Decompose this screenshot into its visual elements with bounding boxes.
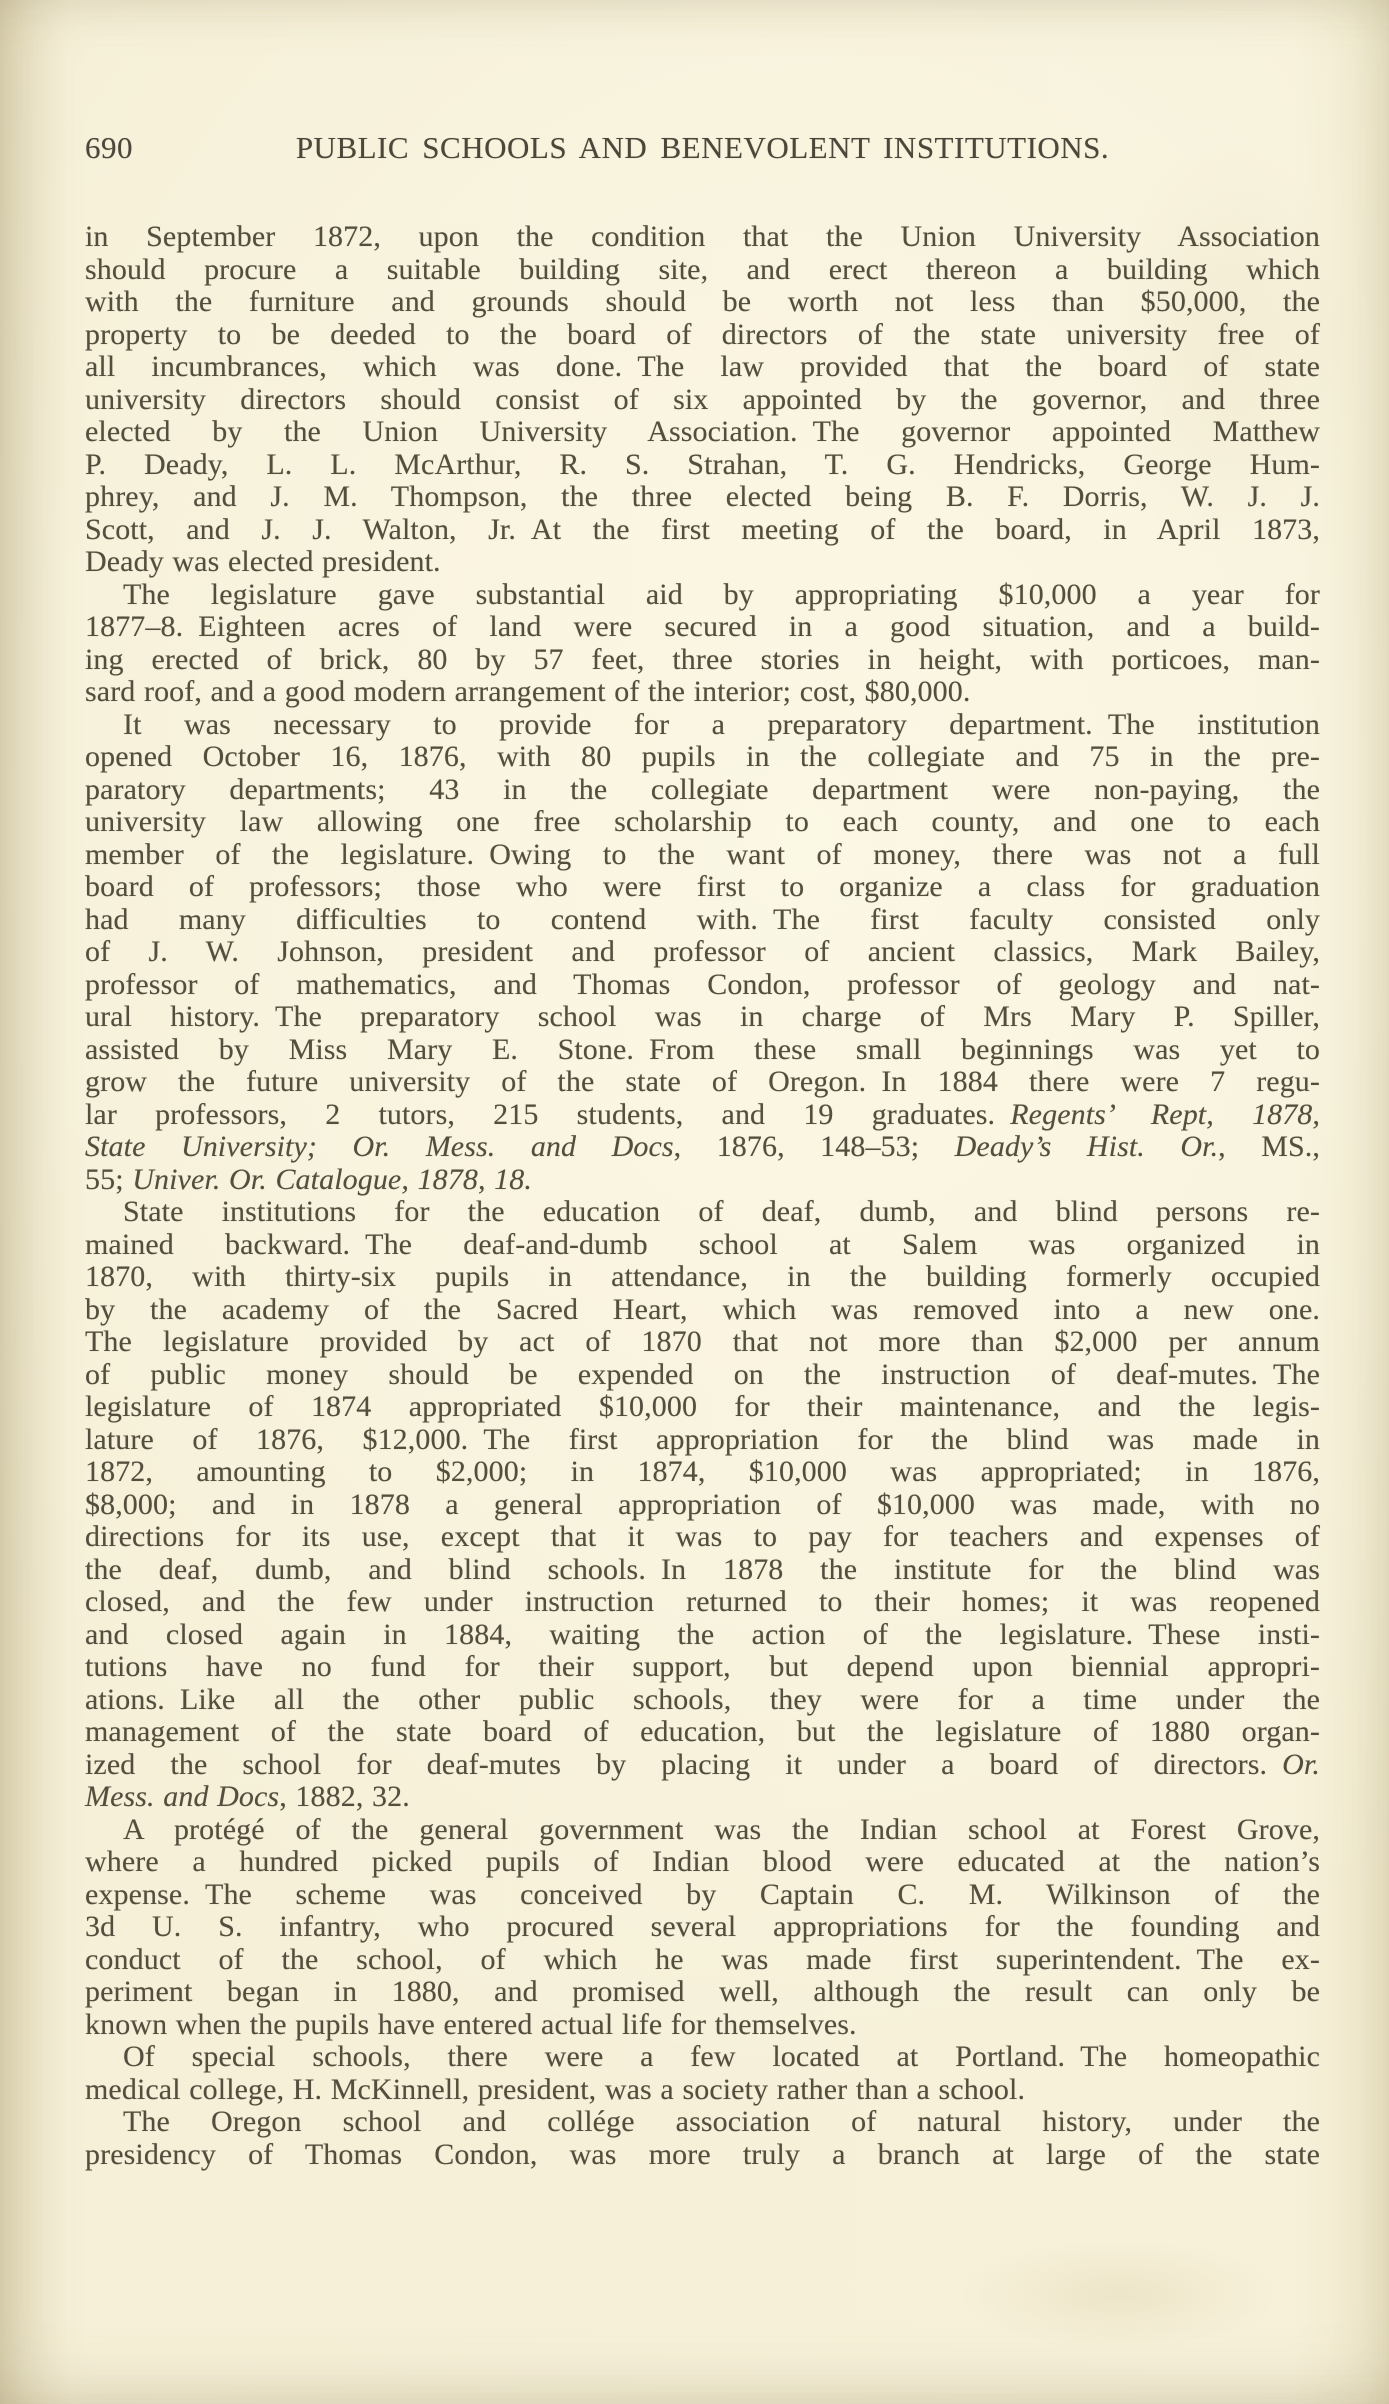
text-segment: property to be deeded to the board of di… bbox=[85, 318, 1320, 351]
text-segment: sard roof, and a good modern arrangement… bbox=[85, 675, 970, 708]
text-line: where a hundred picked pupils of Indian … bbox=[85, 1846, 1320, 1879]
text-segment: 1872, amounting to $2,000; in 1874, $10,… bbox=[85, 1455, 1320, 1488]
text-line: Deady was elected president. bbox=[85, 546, 1320, 579]
text-segment: Of special schools, there were a few loc… bbox=[123, 2040, 1320, 2073]
text-line: legislature of 1874 appropriated $10,000… bbox=[85, 1391, 1320, 1424]
text-segment: lature of 1876, $12,000. The first appro… bbox=[85, 1423, 1320, 1456]
paragraph: in September 1872, upon the condition th… bbox=[85, 221, 1320, 579]
text-segment: grow the future university of the state … bbox=[85, 1065, 1320, 1098]
text-segment: legislature of 1874 appropriated $10,000… bbox=[85, 1390, 1320, 1423]
text-segment: periment began in 1880, and promised wel… bbox=[85, 1975, 1320, 2008]
text-segment: the deaf, dumb, and blind schools. In 18… bbox=[85, 1553, 1320, 1586]
text-segment: where a hundred picked pupils of Indian … bbox=[85, 1845, 1320, 1878]
text-segment: expense. The scheme was conceived by Cap… bbox=[85, 1878, 1320, 1911]
text-segment: ized the school for deaf-mutes by placin… bbox=[85, 1748, 1282, 1781]
paragraph: Of special schools, there were a few loc… bbox=[85, 2041, 1320, 2106]
text-segment: opened October 16, 1876, with 80 pupils … bbox=[85, 740, 1320, 773]
text-line: and closed again in 1884, waiting the ac… bbox=[85, 1619, 1320, 1652]
text-line: member of the legislature. Owing to the … bbox=[85, 839, 1320, 872]
text-segment: should procure a suitable building site,… bbox=[85, 253, 1320, 286]
book-page: 690 PUBLIC SCHOOLS AND BENEVOLENT INSTIT… bbox=[0, 0, 1389, 2404]
text-segment: directions for its use, except that it w… bbox=[85, 1520, 1320, 1553]
text-line: The legislature provided by act of 1870 … bbox=[85, 1326, 1320, 1359]
text-segment: Mess. and Docs bbox=[85, 1780, 279, 1813]
text-line: periment began in 1880, and promised wel… bbox=[85, 1976, 1320, 2009]
text-segment: tutions have no fund for their support, … bbox=[85, 1650, 1320, 1683]
text-line: ural history. The preparatory school was… bbox=[85, 1001, 1320, 1034]
text-segment: of J. W. Johnson, president and professo… bbox=[85, 935, 1320, 968]
text-segment: Or. bbox=[1282, 1748, 1320, 1781]
text-line: of public money should be expended on th… bbox=[85, 1359, 1320, 1392]
page-body: in September 1872, upon the condition th… bbox=[85, 221, 1320, 2171]
text-line: by the academy of the Sacred Heart, whic… bbox=[85, 1294, 1320, 1327]
text-segment: professor of mathematics, and Thomas Con… bbox=[85, 968, 1320, 1001]
text-segment: , 1876, 148–53; bbox=[674, 1130, 955, 1163]
text-segment: $8,000; and in 1878 a general appropriat… bbox=[85, 1488, 1320, 1521]
text-line: Scott, and J. J. Walton, Jr. At the firs… bbox=[85, 514, 1320, 547]
text-line: the deaf, dumb, and blind schools. In 18… bbox=[85, 1554, 1320, 1587]
text-line: A protégé of the general government was … bbox=[85, 1814, 1320, 1847]
text-line: Of special schools, there were a few loc… bbox=[85, 2041, 1320, 2074]
text-segment: member of the legislature. Owing to the … bbox=[85, 838, 1320, 871]
page-header: 690 PUBLIC SCHOOLS AND BENEVOLENT INSTIT… bbox=[85, 130, 1320, 170]
text-segment: State University; Or. Mess. and Docs bbox=[85, 1130, 674, 1163]
text-line: property to be deeded to the board of di… bbox=[85, 319, 1320, 352]
text-segment: 55; bbox=[85, 1163, 132, 1196]
paragraph: State institutions for the education of … bbox=[85, 1196, 1320, 1814]
text-line: 1872, amounting to $2,000; in 1874, $10,… bbox=[85, 1456, 1320, 1489]
text-segment: university directors should consist of s… bbox=[85, 383, 1320, 416]
text-line: 3d U. S. infantry, who procured several … bbox=[85, 1911, 1320, 1944]
text-segment: phrey, and J. M. Thompson, the three ele… bbox=[85, 480, 1320, 513]
text-line: board of professors; those who were firs… bbox=[85, 871, 1320, 904]
text-line: sard roof, and a good modern arrangement… bbox=[85, 676, 1320, 709]
text-line: The Oregon school and collége associatio… bbox=[85, 2106, 1320, 2139]
text-line: management of the state board of educati… bbox=[85, 1716, 1320, 1749]
text-segment: Regents’ Rept, 1878, bbox=[1010, 1098, 1320, 1131]
text-line: with the furniture and grounds should be… bbox=[85, 286, 1320, 319]
text-line: conduct of the school, of which he was m… bbox=[85, 1944, 1320, 1977]
page-smudge bbox=[960, 2240, 1280, 2350]
text-segment: board of professors; those who were firs… bbox=[85, 870, 1320, 903]
text-segment: and closed again in 1884, waiting the ac… bbox=[85, 1618, 1320, 1651]
text-line: ations. Like all the other public school… bbox=[85, 1684, 1320, 1717]
text-line: ized the school for deaf-mutes by placin… bbox=[85, 1749, 1320, 1782]
text-line: assisted by Miss Mary E. Stone. From the… bbox=[85, 1034, 1320, 1067]
text-segment: 3d U. S. infantry, who procured several … bbox=[85, 1910, 1320, 1943]
running-title: PUBLIC SCHOOLS AND BENEVOLENT INSTITUTIO… bbox=[85, 130, 1320, 166]
text-line: all incumbrances, which was done. The la… bbox=[85, 351, 1320, 384]
text-line: It was necessary to provide for a prepar… bbox=[85, 709, 1320, 742]
text-segment: ations. Like all the other public school… bbox=[85, 1683, 1320, 1716]
text-segment: assisted by Miss Mary E. Stone. From the… bbox=[85, 1033, 1320, 1066]
text-segment: of public money should be expended on th… bbox=[85, 1358, 1320, 1391]
text-segment: conduct of the school, of which he was m… bbox=[85, 1943, 1320, 1976]
text-line: university directors should consist of s… bbox=[85, 384, 1320, 417]
text-segment: closed, and the few under instruction re… bbox=[85, 1585, 1320, 1618]
text-line: directions for its use, except that it w… bbox=[85, 1521, 1320, 1554]
text-segment: 1877–8. Eighteen acres of land were secu… bbox=[85, 610, 1320, 643]
text-segment: Deady was elected president. bbox=[85, 545, 441, 578]
text-line: lature of 1876, $12,000. The first appro… bbox=[85, 1424, 1320, 1457]
text-segment: paratory departments; 43 in the collegia… bbox=[85, 773, 1320, 806]
text-line: presidency of Thomas Condon, was more tr… bbox=[85, 2139, 1320, 2172]
text-line: The legislature gave substantial aid by … bbox=[85, 579, 1320, 612]
text-segment: management of the state board of educati… bbox=[85, 1715, 1320, 1748]
text-segment: in September 1872, upon the condition th… bbox=[85, 220, 1320, 253]
text-segment: Scott, and J. J. Walton, Jr. At the firs… bbox=[85, 513, 1320, 546]
paragraph: It was necessary to provide for a prepar… bbox=[85, 709, 1320, 1197]
text-segment: , MS., bbox=[1218, 1130, 1320, 1163]
text-line: Mess. and Docs, 1882, 32. bbox=[85, 1781, 1320, 1814]
text-segment: The legislature provided by act of 1870 … bbox=[85, 1325, 1320, 1358]
paragraph: A protégé of the general government was … bbox=[85, 1814, 1320, 2042]
text-line: professor of mathematics, and Thomas Con… bbox=[85, 969, 1320, 1002]
text-segment: P. Deady, L. L. McArthur, R. S. Strahan,… bbox=[85, 448, 1320, 481]
text-line: medical college, H. McKinnell, president… bbox=[85, 2074, 1320, 2107]
text-line: $8,000; and in 1878 a general appropriat… bbox=[85, 1489, 1320, 1522]
text-line: of J. W. Johnson, president and professo… bbox=[85, 936, 1320, 969]
text-segment: known when the pupils have entered actua… bbox=[85, 2008, 857, 2041]
text-line: university law allowing one free scholar… bbox=[85, 806, 1320, 839]
text-segment: lar professors, 2 tutors, 215 students, … bbox=[85, 1098, 1010, 1131]
text-line: phrey, and J. M. Thompson, the three ele… bbox=[85, 481, 1320, 514]
text-line: State institutions for the education of … bbox=[85, 1196, 1320, 1229]
text-segment: State institutions for the education of … bbox=[123, 1195, 1320, 1228]
text-segment: The legislature gave substantial aid by … bbox=[123, 578, 1320, 611]
text-line: P. Deady, L. L. McArthur, R. S. Strahan,… bbox=[85, 449, 1320, 482]
text-line: tutions have no fund for their support, … bbox=[85, 1651, 1320, 1684]
text-segment: It was necessary to provide for a prepar… bbox=[123, 708, 1320, 741]
text-segment: university law allowing one free scholar… bbox=[85, 805, 1320, 838]
text-segment: medical college, H. McKinnell, president… bbox=[85, 2073, 1025, 2106]
paragraph: The Oregon school and collége associatio… bbox=[85, 2106, 1320, 2171]
page-number: 690 bbox=[85, 130, 133, 166]
text-line: 1877–8. Eighteen acres of land were secu… bbox=[85, 611, 1320, 644]
text-line: should procure a suitable building site,… bbox=[85, 254, 1320, 287]
text-segment: all incumbrances, which was done. The la… bbox=[85, 350, 1320, 383]
text-line: in September 1872, upon the condition th… bbox=[85, 221, 1320, 254]
text-line: expense. The scheme was conceived by Cap… bbox=[85, 1879, 1320, 1912]
text-segment: elected by the Union University Associat… bbox=[85, 415, 1320, 448]
text-segment: with the furniture and grounds should be… bbox=[85, 285, 1320, 318]
text-segment: ural history. The preparatory school was… bbox=[85, 1000, 1320, 1033]
text-segment: , 1882, 32. bbox=[279, 1780, 410, 1813]
text-line: 55; Univer. Or. Catalogue, 1878, 18. bbox=[85, 1164, 1320, 1197]
paragraph: The legislature gave substantial aid by … bbox=[85, 579, 1320, 709]
text-line: paratory departments; 43 in the collegia… bbox=[85, 774, 1320, 807]
text-line: 1870, with thirty-six pupils in attendan… bbox=[85, 1261, 1320, 1294]
text-segment: Deady’s Hist. Or. bbox=[955, 1130, 1219, 1163]
text-line: grow the future university of the state … bbox=[85, 1066, 1320, 1099]
text-segment: mained backward. The deaf-and-dumb schoo… bbox=[85, 1228, 1320, 1261]
text-line: State University; Or. Mess. and Docs, 18… bbox=[85, 1131, 1320, 1164]
text-line: known when the pupils have entered actua… bbox=[85, 2009, 1320, 2042]
text-line: mained backward. The deaf-and-dumb schoo… bbox=[85, 1229, 1320, 1262]
text-line: ing erected of brick, 80 by 57 feet, thr… bbox=[85, 644, 1320, 677]
text-segment: The Oregon school and collége associatio… bbox=[123, 2105, 1320, 2138]
text-segment: by the academy of the Sacred Heart, whic… bbox=[85, 1293, 1320, 1326]
text-line: had many difficulties to contend with. T… bbox=[85, 904, 1320, 937]
text-line: opened October 16, 1876, with 80 pupils … bbox=[85, 741, 1320, 774]
text-segment: presidency of Thomas Condon, was more tr… bbox=[85, 2138, 1320, 2171]
text-line: lar professors, 2 tutors, 215 students, … bbox=[85, 1099, 1320, 1132]
text-line: closed, and the few under instruction re… bbox=[85, 1586, 1320, 1619]
text-segment: had many difficulties to contend with. T… bbox=[85, 903, 1320, 936]
text-segment: A protégé of the general government was … bbox=[123, 1813, 1320, 1846]
text-segment: Univer. Or. Catalogue, 1878, 18. bbox=[132, 1163, 532, 1196]
text-segment: 1870, with thirty-six pupils in attendan… bbox=[85, 1260, 1320, 1293]
text-line: elected by the Union University Associat… bbox=[85, 416, 1320, 449]
text-segment: ing erected of brick, 80 by 57 feet, thr… bbox=[85, 643, 1320, 676]
